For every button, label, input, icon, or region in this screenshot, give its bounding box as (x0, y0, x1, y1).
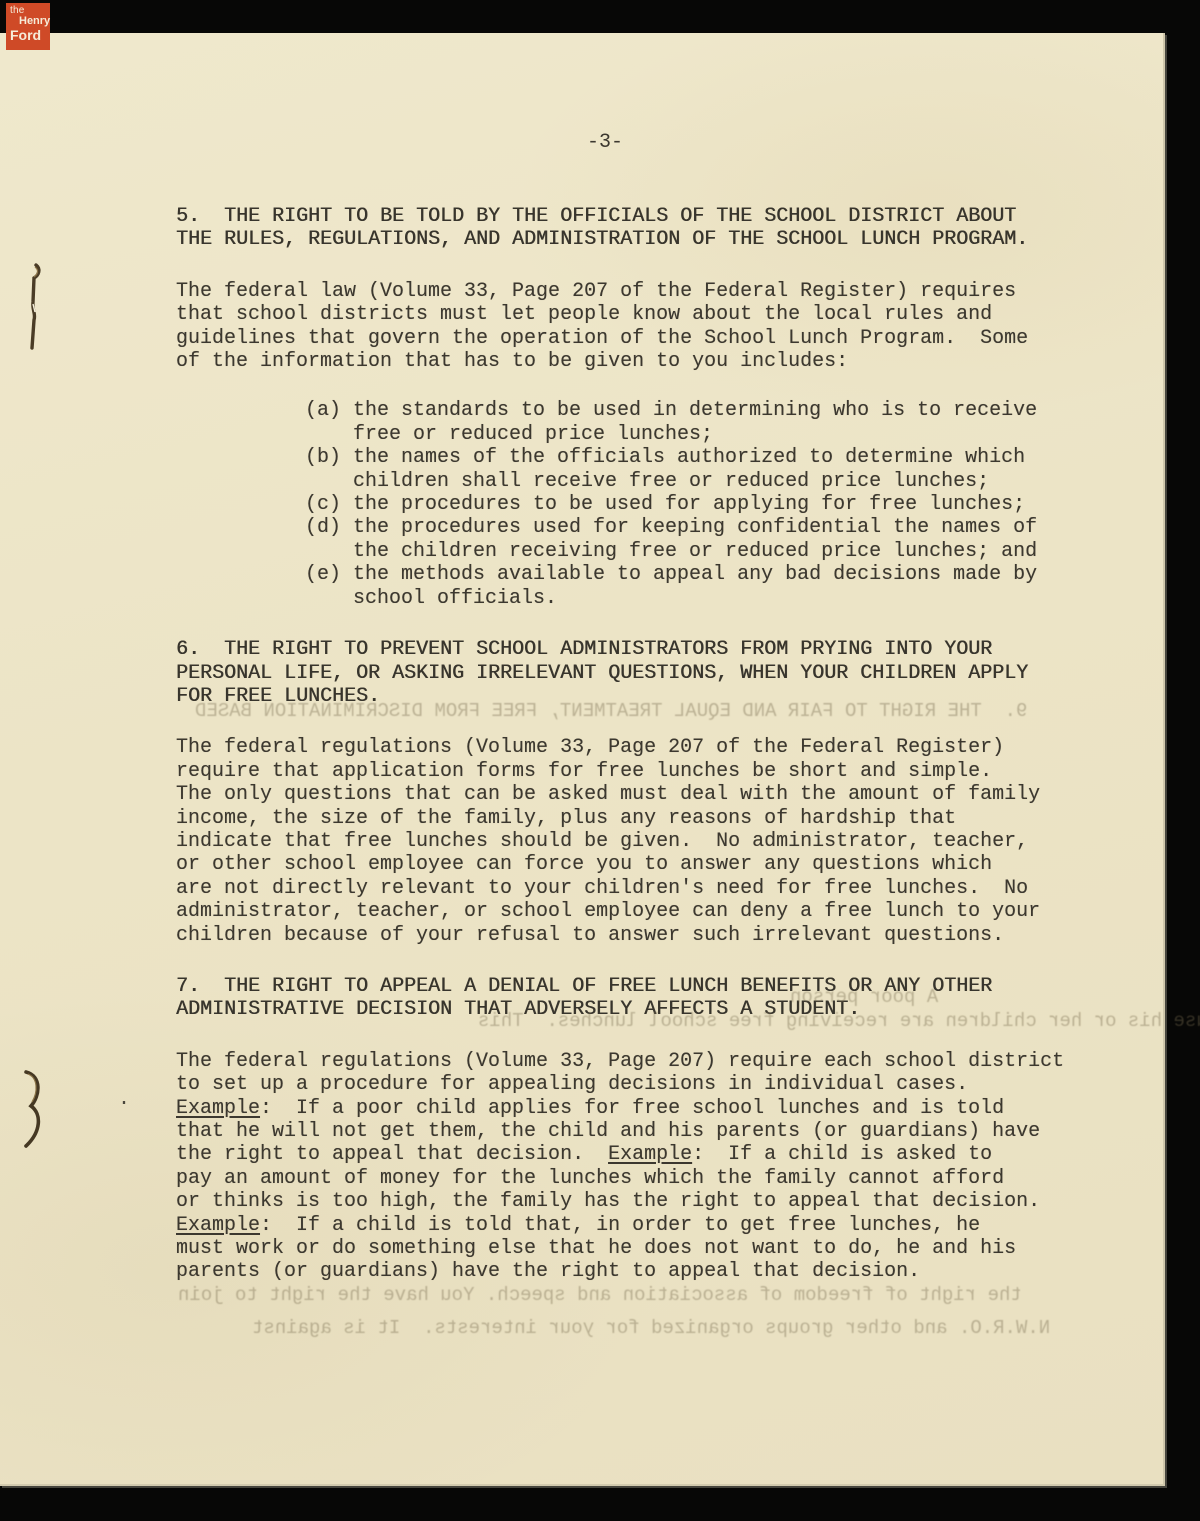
text-segment: : If a child is asked to (692, 1143, 992, 1166)
text-segment: the right to appeal that decision. (176, 1143, 608, 1166)
page-number: -3- (560, 131, 650, 154)
list-item-text: the names of the officials authorized to… (353, 446, 1025, 493)
text-line: administrator, teacher, or school employ… (176, 900, 1111, 923)
paragraph: The federal law (Volume 33, Page 207 of … (176, 280, 1111, 374)
list-item: (c)the procedures to be used for applyin… (305, 493, 1111, 516)
section-heading: 6. THE RIGHT TO PREVENT SCHOOL ADMINISTR… (176, 638, 1111, 708)
list-item: (b)the names of the officials authorized… (305, 446, 1111, 493)
list-item-label: (b) (305, 446, 353, 493)
text-segment: : If a poor child applies for free schoo… (260, 1097, 1004, 1120)
text-line: the right to appeal that decision. Examp… (176, 1143, 1111, 1166)
text-line: The federal regulations (Volume 33, Page… (176, 1050, 1111, 1073)
list-item-text: the procedures used for keeping confiden… (353, 516, 1037, 563)
text-line: are not directly relevant to your childr… (176, 877, 1111, 900)
text-line: indicate that free lunches should be giv… (176, 830, 1111, 853)
text-line: ADMINISTRATIVE DECISION THAT ADVERSELY A… (176, 998, 1111, 1021)
text-line: The federal law (Volume 33, Page 207 of … (176, 280, 1111, 303)
text-line: pay an amount of money for the lunches w… (176, 1167, 1111, 1190)
list-item-label: (c) (305, 493, 353, 516)
list-item-label: (d) (305, 516, 353, 563)
text-segment: : If a child is told that, in order to g… (260, 1214, 980, 1237)
list-item-label: (e) (305, 563, 353, 610)
text-line: FOR FREE LUNCHES. (176, 685, 1111, 708)
underlined-text: Example (176, 1097, 260, 1120)
list-item: (a)the standards to be used in determini… (305, 399, 1111, 446)
text-line: that he will not get them, the child and… (176, 1120, 1111, 1143)
text-line: must work or do something else that he d… (176, 1237, 1111, 1260)
paragraph: The federal regulations (Volume 33, Page… (176, 736, 1111, 947)
text-line: or other school employee can force you t… (176, 853, 1111, 876)
text-line: Example: If a child is told that, in ord… (176, 1214, 1111, 1237)
lettered-list: (a)the standards to be used in determini… (176, 399, 1111, 610)
staple-bottom-icon (18, 1068, 52, 1152)
list-item-text: the standards to be used in determining … (353, 399, 1037, 446)
text-line: of the information that has to be given … (176, 350, 1111, 373)
text-line: 7. THE RIGHT TO APPEAL A DENIAL OF FREE … (176, 975, 1111, 998)
text-line: Example: If a poor child applies for fre… (176, 1097, 1111, 1120)
text-line: parents (or guardians) have the right to… (176, 1260, 1111, 1283)
paragraph: The federal regulations (Volume 33, Page… (176, 1050, 1111, 1284)
text-line: require that application forms for free … (176, 760, 1111, 783)
text-line: 5. THE RIGHT TO BE TOLD BY THE OFFICIALS… (176, 205, 1111, 228)
text-line: THE RULES, REGULATIONS, AND ADMINISTRATI… (176, 228, 1111, 251)
section-heading: 7. THE RIGHT TO APPEAL A DENIAL OF FREE … (176, 975, 1111, 1022)
list-item: (d)the procedures used for keeping confi… (305, 516, 1111, 563)
text-line: children because of your refusal to answ… (176, 924, 1111, 947)
document-content: 5. THE RIGHT TO BE TOLD BY THE OFFICIALS… (176, 205, 1111, 1284)
text-line: that school districts must let people kn… (176, 303, 1111, 326)
henry-ford-logo: the Henry Ford (6, 3, 50, 50)
text-line: guidelines that govern the operation of … (176, 327, 1111, 350)
list-item-text: the procedures to be used for applying f… (353, 493, 1025, 516)
text-line: PERSONAL LIFE, OR ASKING IRRELEVANT QUES… (176, 662, 1111, 685)
text-line: to set up a procedure for appealing deci… (176, 1073, 1111, 1096)
list-item-label: (a) (305, 399, 353, 446)
text-line: income, the size of the family, plus any… (176, 807, 1111, 830)
list-item-text: the methods available to appeal any bad … (353, 563, 1037, 610)
text-line: 6. THE RIGHT TO PREVENT SCHOOL ADMINISTR… (176, 638, 1111, 661)
list-item: (e)the methods available to appeal any b… (305, 563, 1111, 610)
text-line: The only questions that can be asked mus… (176, 783, 1111, 806)
text-line: The federal regulations (Volume 33, Page… (176, 736, 1111, 759)
section-heading: 5. THE RIGHT TO BE TOLD BY THE OFFICIALS… (176, 205, 1111, 252)
staple-top-icon (22, 262, 52, 357)
underlined-text: Example (176, 1214, 260, 1237)
logo-text-ford: Ford (10, 27, 41, 43)
text-line: or thinks is too high, the family has th… (176, 1190, 1111, 1213)
stray-typed-mark: . (118, 1088, 130, 1111)
logo-text-henry: Henry (19, 15, 50, 27)
underlined-text: Example (608, 1143, 692, 1166)
